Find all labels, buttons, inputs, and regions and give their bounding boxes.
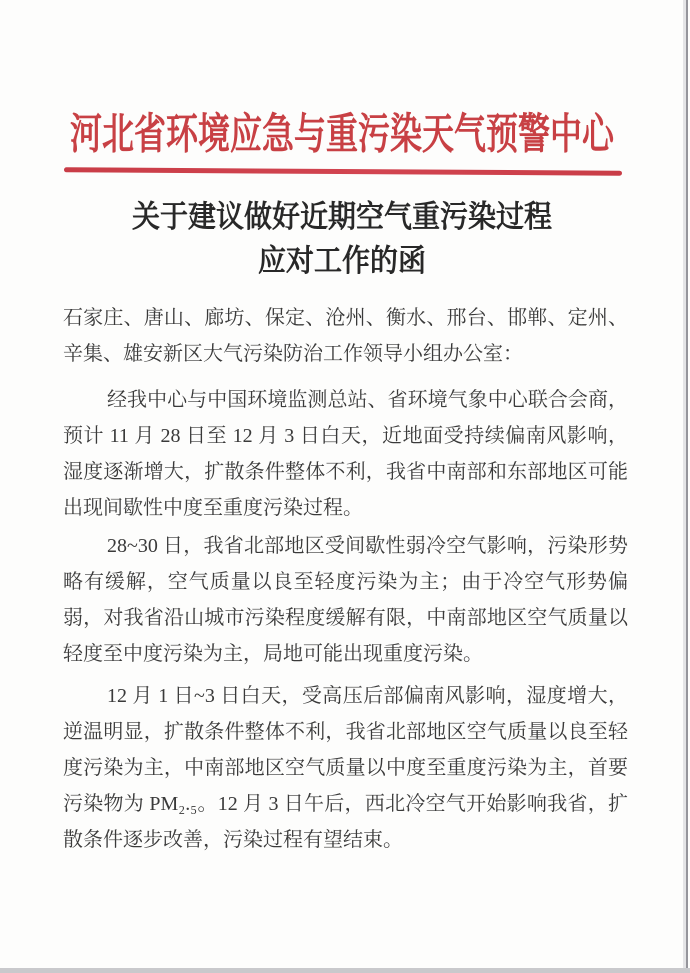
paragraph-forecast-overview: 经我中心与中国环境监测总站、省环境气象中心联合会商，预计 11 月 28 日至 … <box>63 382 628 526</box>
recipient-line: 石家庄、唐山、廊坊、保定、沧州、衡水、邢台、邯郸、定州、辛集、雄安新区大气污染防… <box>63 300 628 372</box>
document-page: 河北省环境应急与重污染天气预警中心 关于建议做好近期空气重污染过程 应对工作的函… <box>0 0 690 973</box>
page-scan-edge-right <box>686 0 688 973</box>
paragraph-nov28-30: 28~30 日，我省北部地区受间歇性弱冷空气影响，污染形势略有缓解，空气质量以良… <box>63 528 628 672</box>
document-title: 关于建议做好近期空气重污染过程 应对工作的函 <box>0 196 684 284</box>
letterhead-title: 河北省环境应急与重污染天气预警中心 <box>0 99 684 168</box>
paragraph-dec1-3: 12 月 1 日~3 日白天，受高压后部偏南风影响，湿度增大，逆温明显，扩散条件… <box>63 678 628 858</box>
document-title-line2: 应对工作的函 <box>0 240 684 284</box>
page-scan-edge-bottom <box>0 968 690 973</box>
document-body: 石家庄、唐山、廊坊、保定、沧州、衡水、邢台、邯郸、定州、辛集、雄安新区大气污染防… <box>63 300 628 858</box>
document-title-line1: 关于建议做好近期空气重污染过程 <box>0 196 684 240</box>
